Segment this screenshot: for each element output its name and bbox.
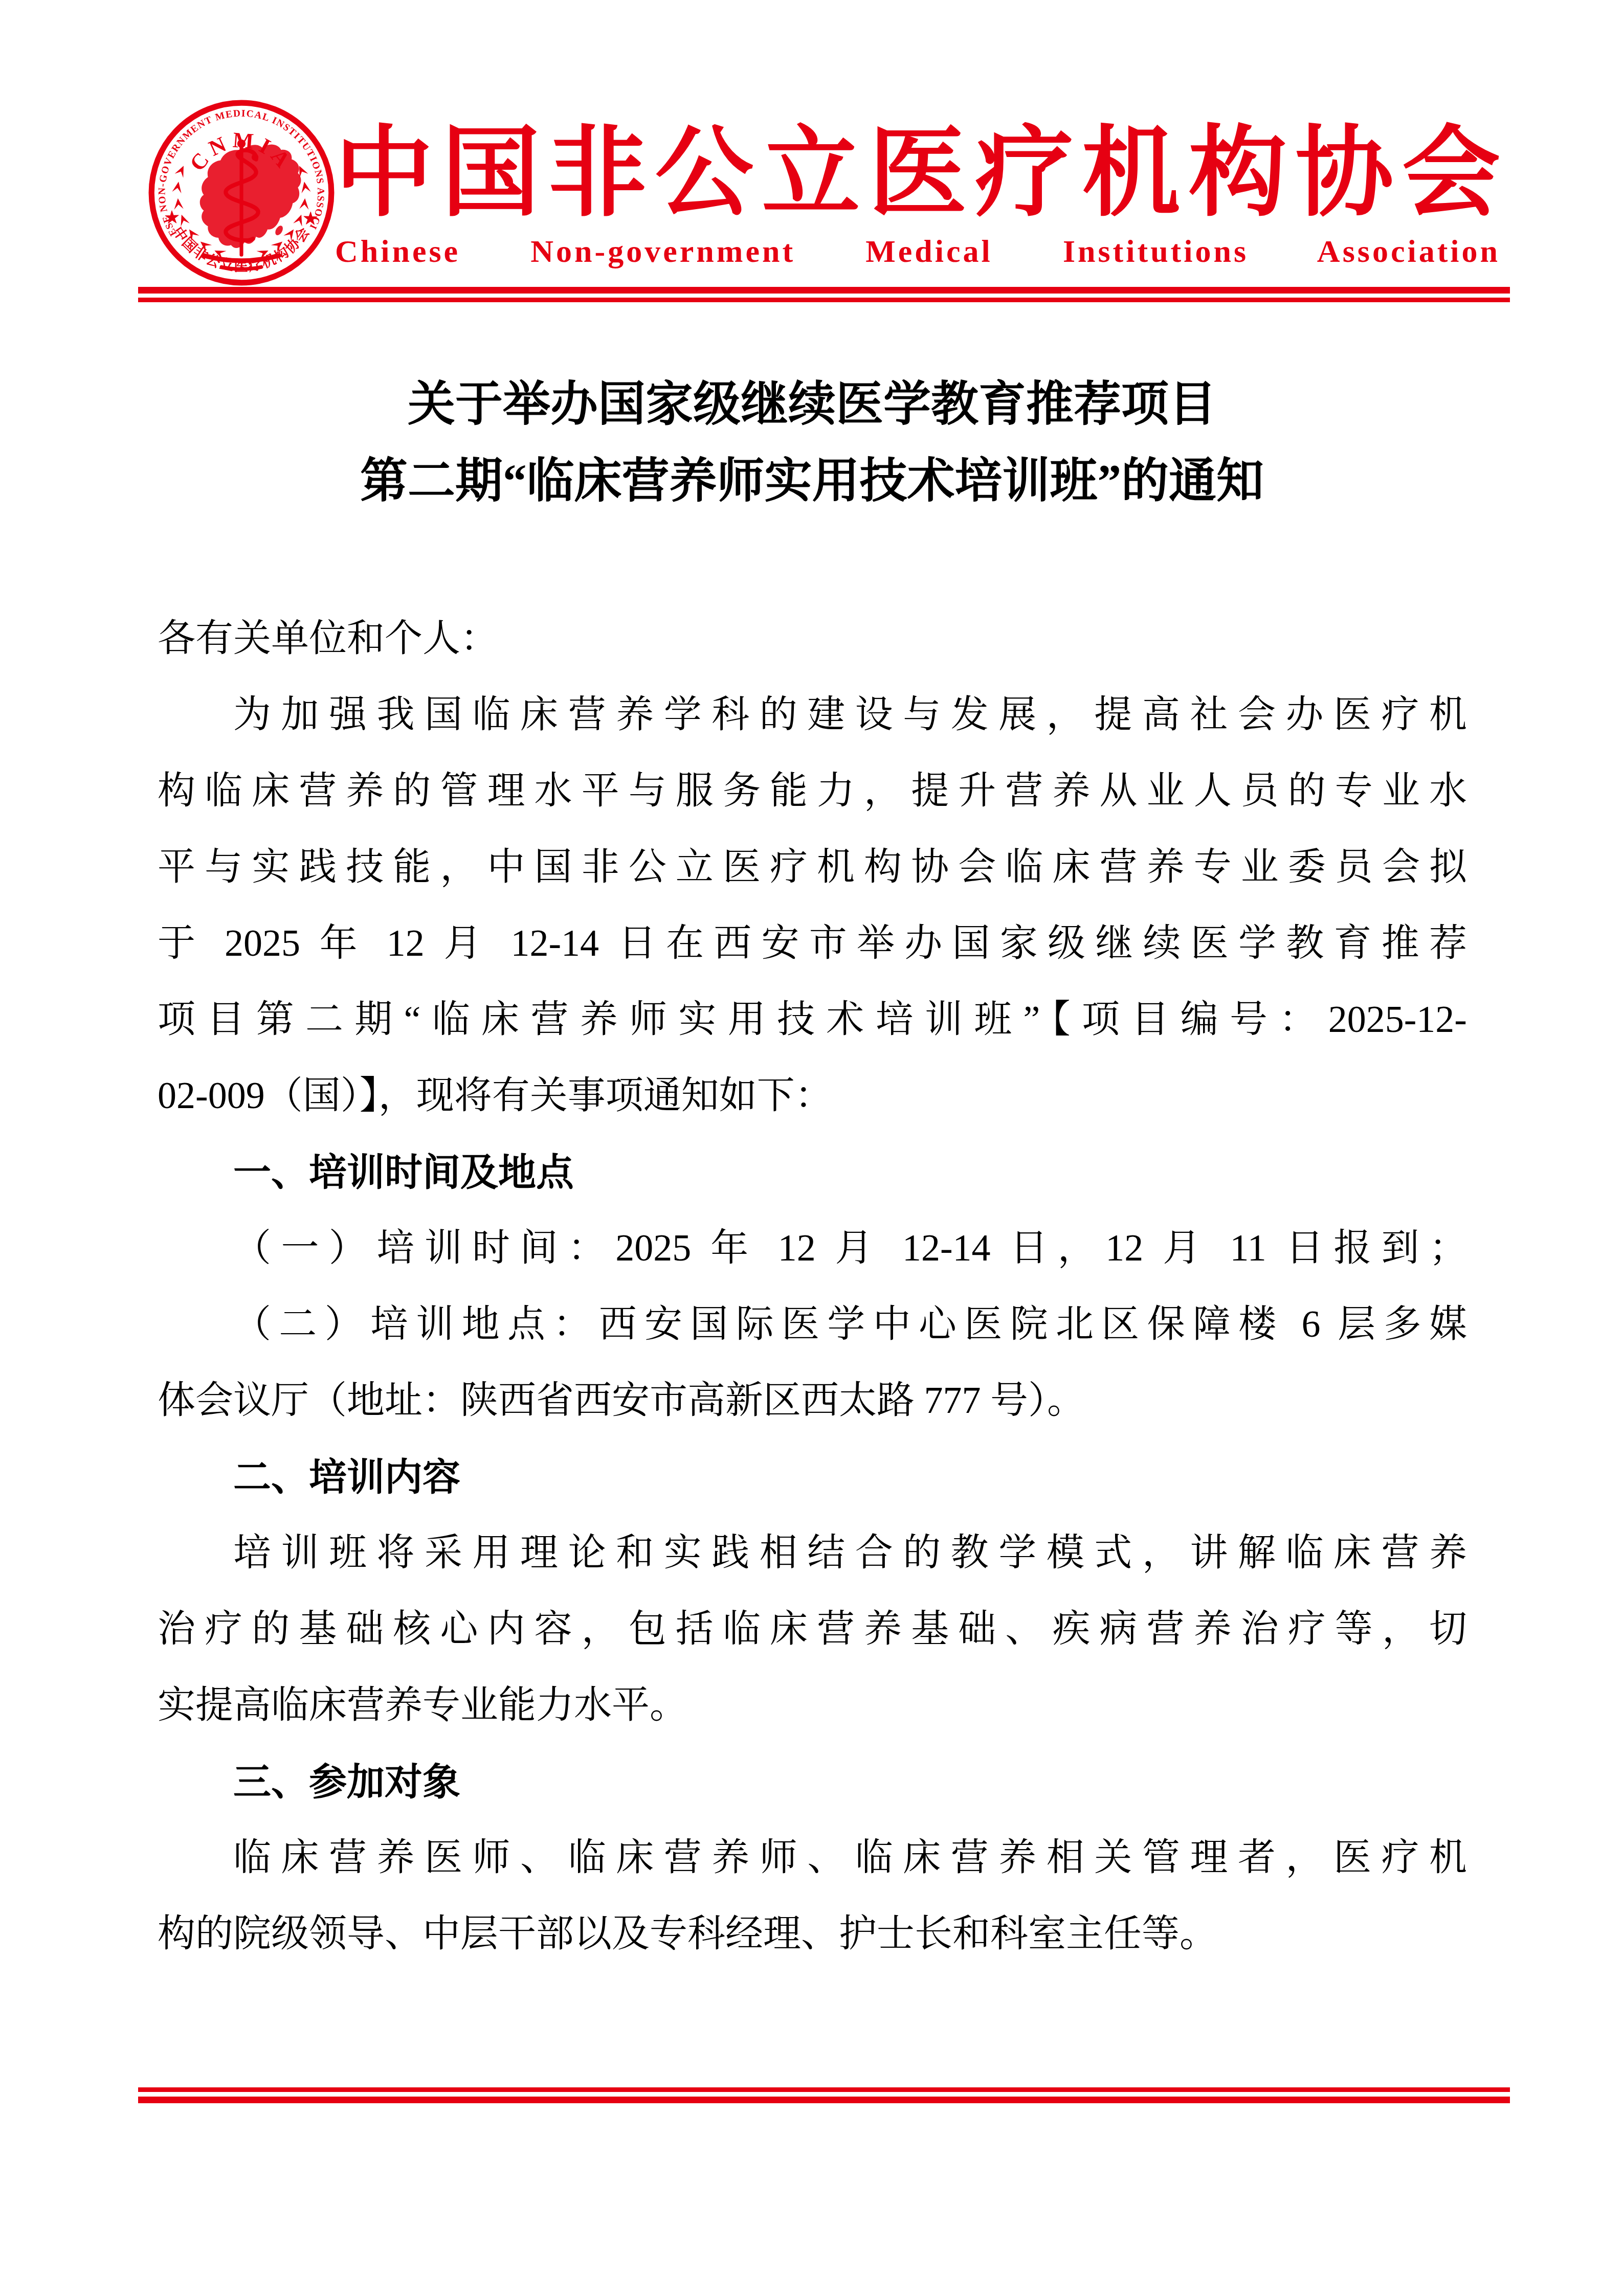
header-rule-thick — [138, 287, 1510, 294]
body-line: 02-009（国）】，现将有关事项通知如下： — [158, 1058, 1467, 1134]
document-title-line1: 关于举办国家级继续医学教育推荐项目 — [0, 367, 1624, 443]
body-line: （一）培训时间：2025 年 12 月 12-14 日，12 月 11 日报到； — [158, 1210, 1467, 1287]
document-title-line2: 第二期“临床营养师实用技术培训班”的通知 — [0, 443, 1624, 520]
body-line: 于 2025 年 12 月 12-14 日在西安市举办国家级继续医学教育推荐 — [158, 906, 1467, 982]
document-title: 关于举办国家级继续医学教育推荐项目 第二期“临床营养师实用技术培训班”的通知 — [0, 367, 1624, 520]
section-heading: 二、培训内容 — [158, 1439, 1467, 1515]
header-rule-thin — [138, 298, 1510, 302]
footer-rule-thin — [138, 2087, 1510, 2092]
body-line: 为加强我国临床营养学科的建设与发展，提高社会办医疗机 — [158, 677, 1467, 753]
body-line: 治疗的基础核心内容，包括临床营养基础、疾病营养治疗等，切 — [158, 1591, 1467, 1668]
body-line: 平与实践技能，中国非公立医疗机构协会临床营养专业委员会拟 — [158, 829, 1467, 906]
org-name-chinese: 中国非公立医疗机构协会 — [335, 119, 1500, 229]
org-name-english: Chinese Non-government Medical Instituti… — [335, 231, 1500, 272]
body-line: 实提高临床营养专业能力水平。 — [158, 1668, 1467, 1744]
body-line: 临床营养医师、临床营养师、临床营养相关管理者，医疗机 — [158, 1820, 1467, 1896]
body-line: 培训班将采用理论和实践相结合的教学模式，讲解临床营养 — [158, 1515, 1467, 1591]
section-heading: 三、参加对象 — [158, 1744, 1467, 1820]
footer-rule-thick — [138, 2097, 1510, 2103]
body-line: 各有关单位和个人： — [158, 601, 1467, 677]
section-heading: 一、培训时间及地点 — [158, 1134, 1467, 1210]
association-seal-logo: CHINESE NON-GOVERNMENT MEDICAL INSTITUTI… — [147, 99, 336, 287]
body-line: 构的院级领导、中层干部以及专科经理、护士长和科室主任等。 — [158, 1896, 1467, 1972]
body-line: 项目第二期“临床营养师实用技术培训班”【项目编号：2025-12- — [158, 982, 1467, 1058]
body-line: 构临床营养的管理水平与服务能力，提升营养从业人员的专业水 — [158, 753, 1467, 829]
body-line: 体会议厅（地址：陕西省西安市高新区西太路 777 号）。 — [158, 1363, 1467, 1439]
document-page: CHINESE NON-GOVERNMENT MEDICAL INSTITUTI… — [0, 0, 1624, 2296]
body-line: （二）培训地点：西安国际医学中心医院北区保障楼 6 层多媒 — [158, 1287, 1467, 1363]
document-body: 各有关单位和个人：为加强我国临床营养学科的建设与发展，提高社会办医疗机构临床营养… — [158, 601, 1467, 1972]
